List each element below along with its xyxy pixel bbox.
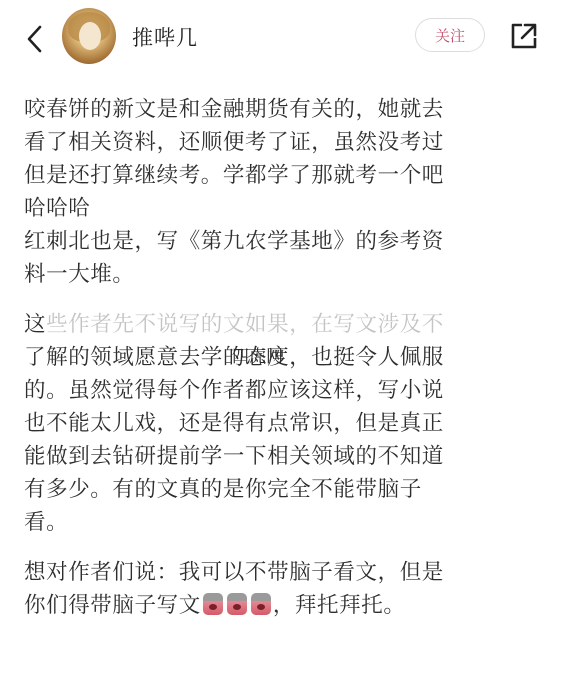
chevron-left-icon: [25, 24, 43, 54]
text-after-emoji: ，拜托拜托。: [273, 593, 406, 618]
avatar[interactable]: [62, 8, 116, 64]
text-line: 你们得带脑子写文，拜托拜托。: [24, 589, 554, 622]
text-line: 但是还打算继续考。学都学了那就考一个吧: [24, 159, 554, 192]
post-header: 推哔几 关注: [0, 0, 569, 80]
text-before-emoji: 你们得带脑子写文: [24, 593, 201, 618]
paragraph-3: 想对作者们说：我可以不带脑子看文，但是 你们得带脑子写文，拜托拜托。: [24, 556, 554, 622]
username[interactable]: 推哔几: [132, 22, 198, 52]
text-prefix: 这: [24, 312, 46, 337]
text-line: 看。: [24, 506, 554, 539]
text-line: 料一大堆。: [24, 258, 554, 291]
share-external-icon: [508, 20, 540, 52]
text-line: 有多少。有的文真的是你完全不能带脑子: [24, 473, 554, 506]
paragraph-1: 咬春饼的新文是和金融期货有关的，她就去 看了相关资料，还顺便考了证，虽然没考过 …: [24, 93, 554, 291]
paragraph-2: 这些作者先不说写的文如果，在写文涉及不 了解的领域愿意去学的态度，也挺令人佩服 …: [24, 308, 554, 539]
text-line: 咬春饼的新文是和金融期货有关的，她就去: [24, 93, 554, 126]
post-content: 咬春饼的新文是和金融期货有关的，她就去 看了相关资料，还顺便考了证，虽然没考过 …: [24, 93, 554, 639]
text-line: 哈哈哈: [24, 192, 554, 225]
text-line: 了解的领域愿意去学的态度，也挺令人佩服: [24, 341, 554, 374]
crying-face-emoji-icon: [203, 593, 223, 615]
follow-button[interactable]: 关注: [415, 18, 485, 52]
text-line: 红刺北也是，写《第九农学基地》的参考资: [24, 225, 554, 258]
text-line: 看了相关资料，还顺便考了证，虽然没考过: [24, 126, 554, 159]
avatar-face: [79, 22, 101, 50]
crying-face-emoji-icon: [251, 593, 271, 615]
watermark: 四虎网: [232, 342, 283, 367]
text-line-faded: 这些作者先不说写的文如果，在写文涉及不: [24, 308, 554, 341]
crying-face-emoji-icon: [227, 593, 247, 615]
text-line: 的。虽然觉得每个作者都应该这样，写小说: [24, 374, 554, 407]
back-button[interactable]: [20, 22, 48, 56]
text-line: 也不能太儿戏，还是得有点常识，但是真正: [24, 407, 554, 440]
faded-text: 些作者先不说写的文如果，在写文涉及不: [46, 312, 444, 337]
text-line: 想对作者们说：我可以不带脑子看文，但是: [24, 556, 554, 589]
text-line: 能做到去钻研提前学一下相关领域的不知道: [24, 440, 554, 473]
share-button[interactable]: [508, 20, 540, 52]
